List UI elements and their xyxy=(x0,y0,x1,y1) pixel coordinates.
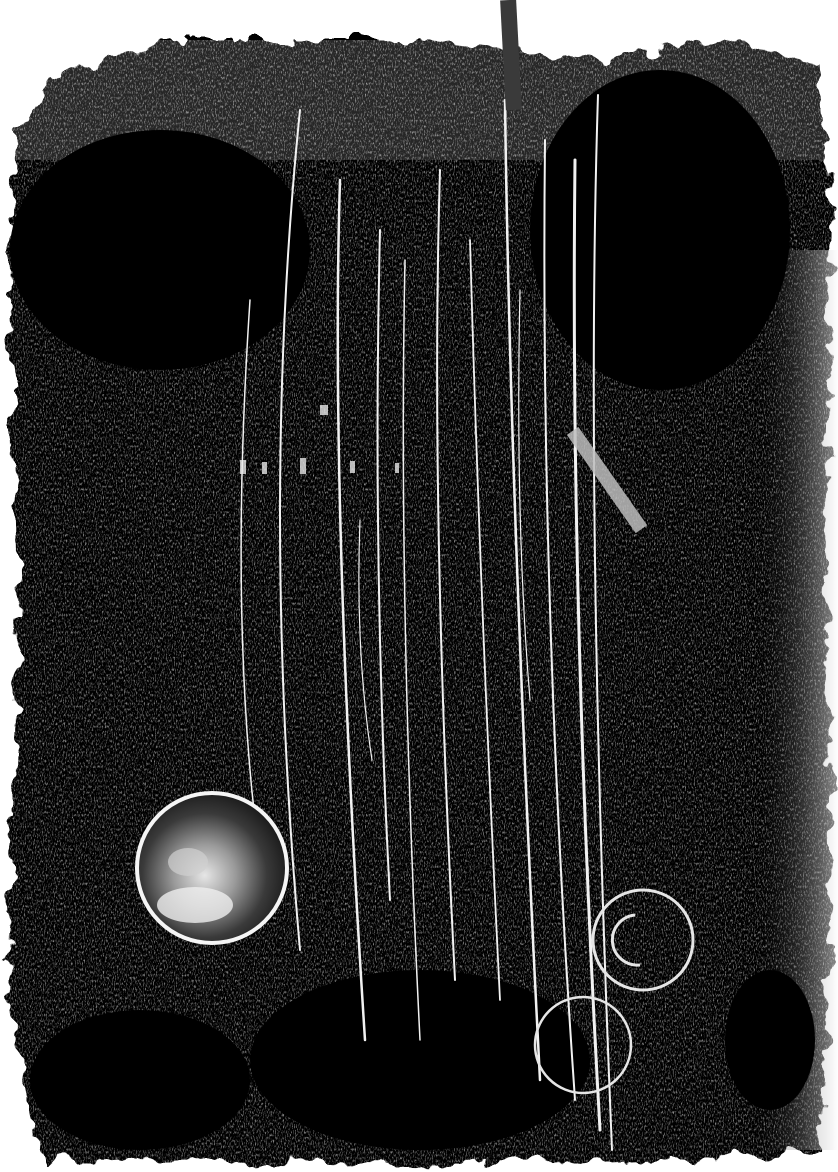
lit-sphere xyxy=(137,793,287,943)
abstract-print xyxy=(0,0,838,1172)
